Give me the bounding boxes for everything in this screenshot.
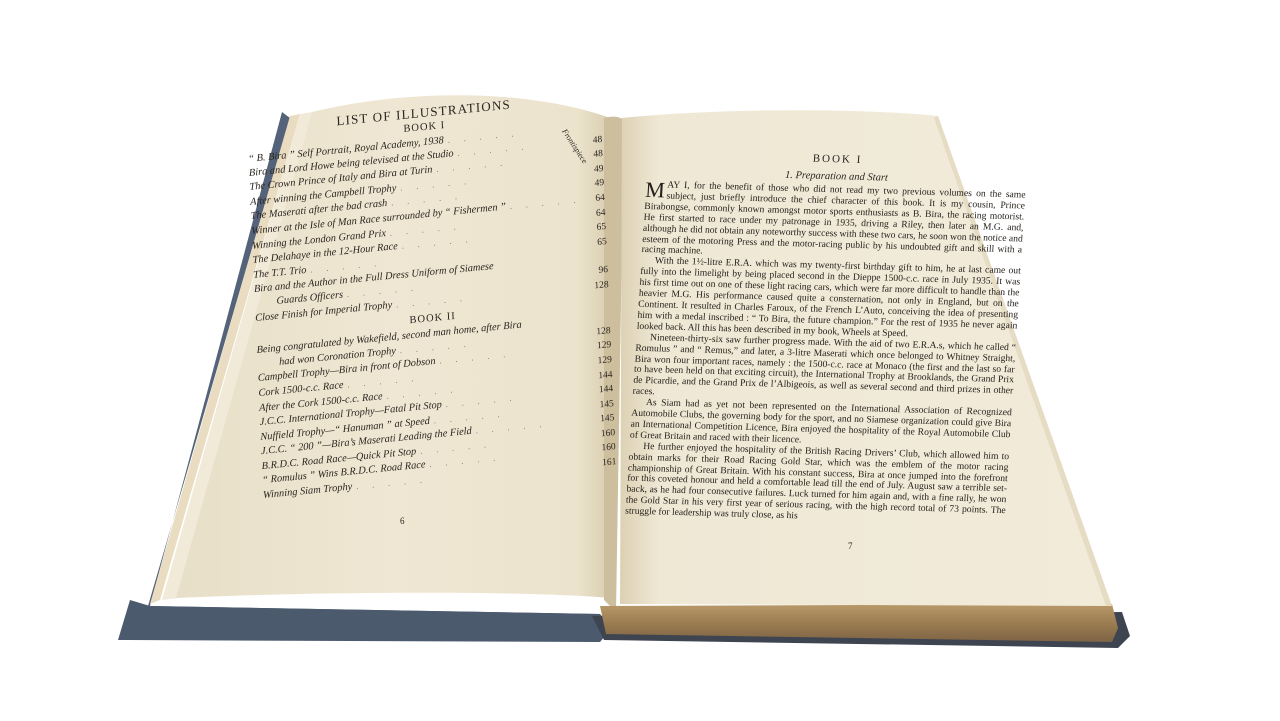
paragraph: Nineteen-thirty-six saw further progress… (632, 332, 1016, 408)
right-page-number: 7 (848, 541, 853, 551)
left-page-number: 6 (400, 516, 405, 526)
paragraph: With the 1½-litre E.R.A. which was my tw… (636, 256, 1021, 343)
paragraph: MAY I, for the benefit of those who did … (641, 180, 1026, 267)
right-page-content: BOOK I 1. Preparation and Start MAY I, f… (623, 148, 1028, 558)
open-book-photo: LIST OF ILLUSTRATIONS BOOK I Frontispiec… (0, 0, 1280, 721)
paragraph: He further enjoyed the hospitality of th… (625, 441, 1010, 528)
drop-cap: M (645, 181, 666, 200)
left-page-content: LIST OF ILLUSTRATIONS BOOK I Frontispiec… (247, 88, 619, 542)
